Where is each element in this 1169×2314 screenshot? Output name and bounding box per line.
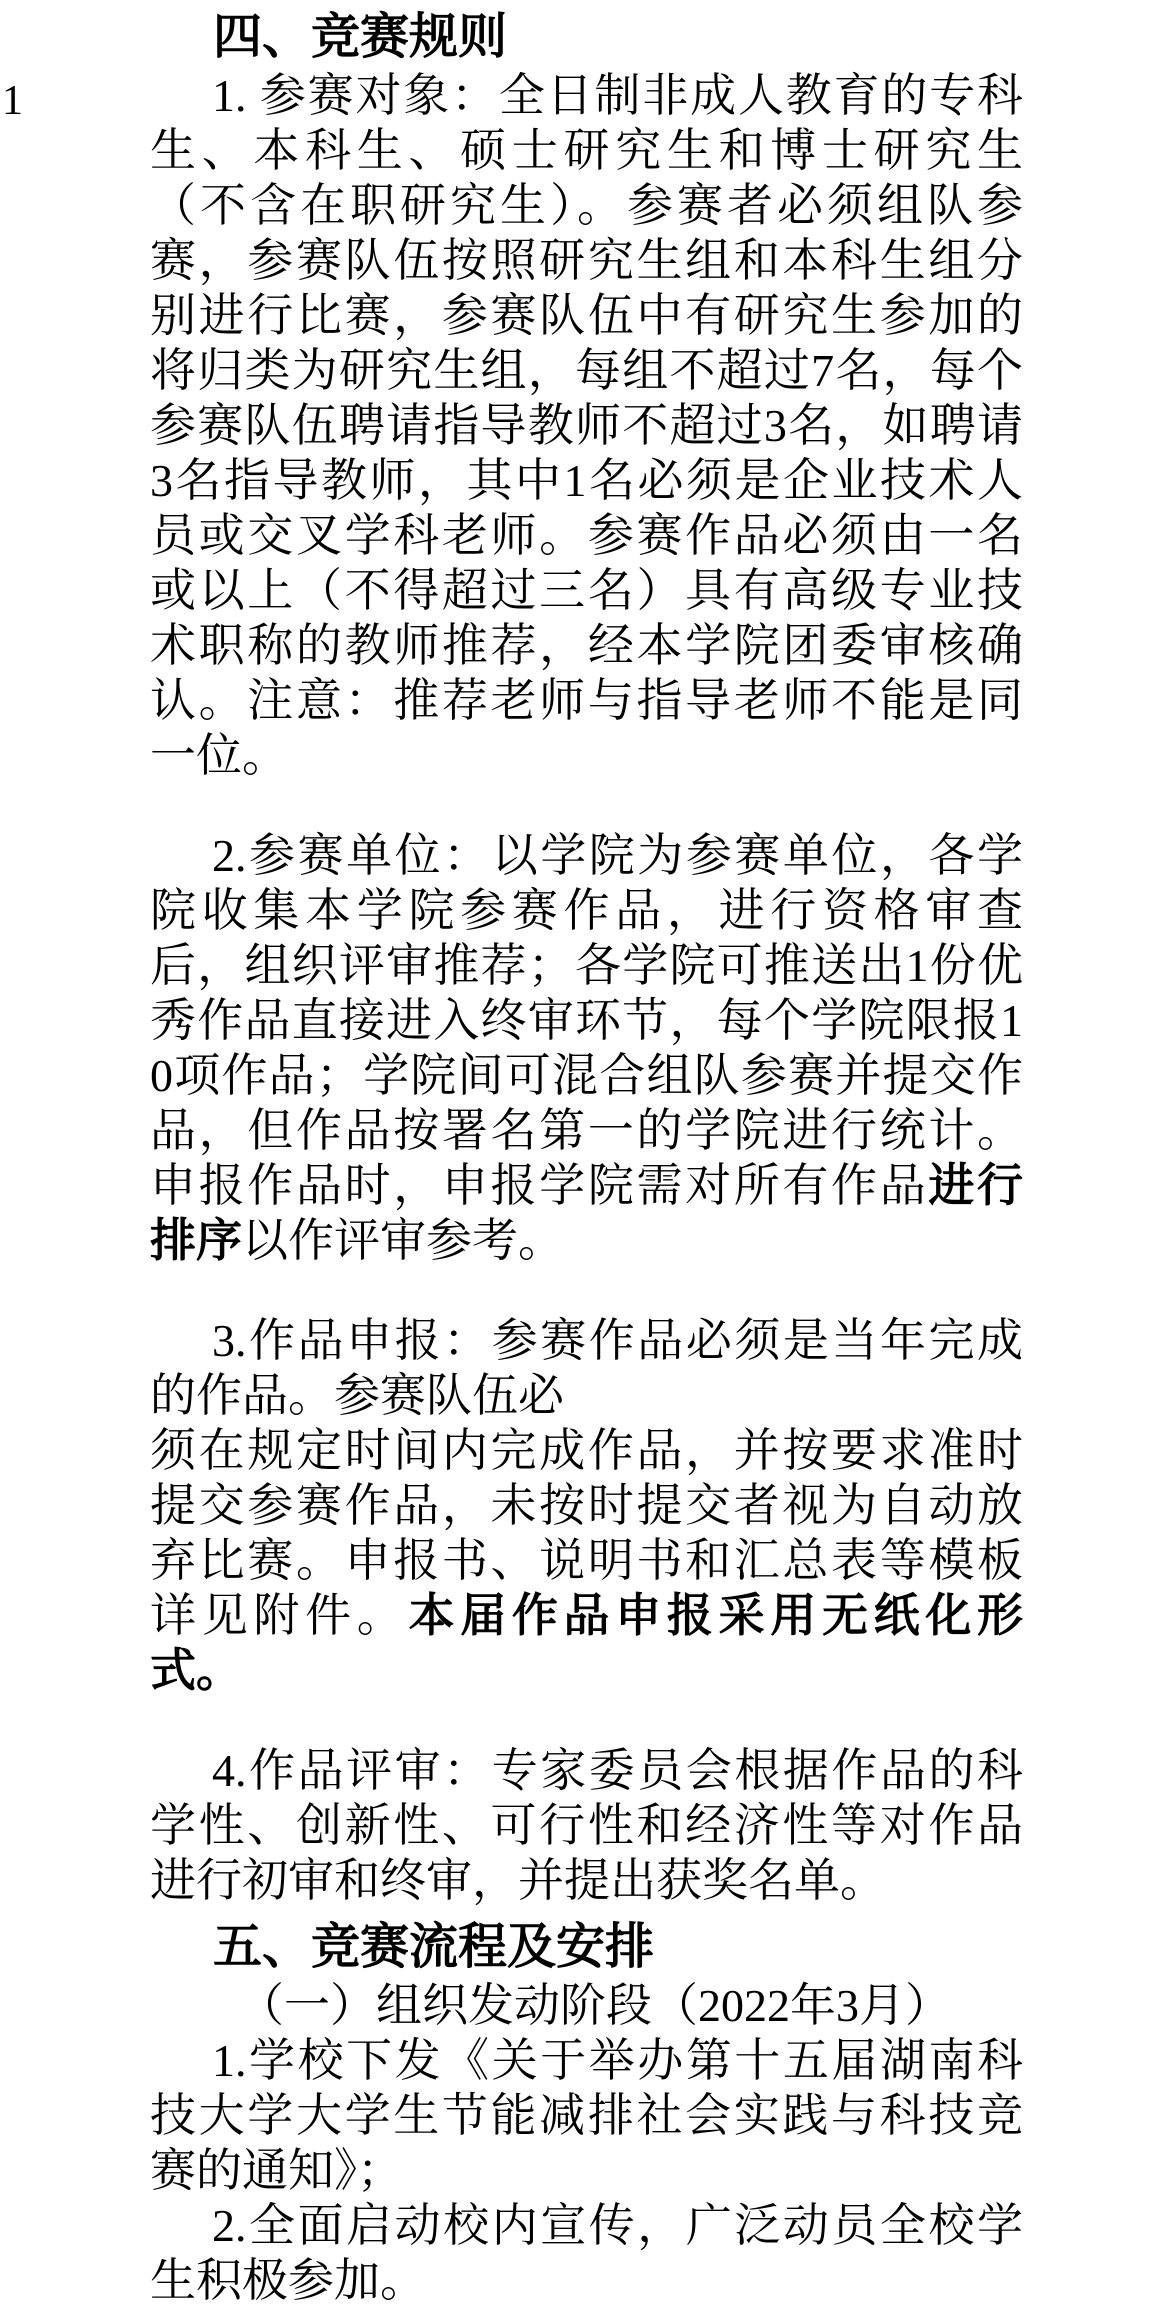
paragraph: 2.全面启动校内宣传，广泛动员全校学生积极参加。 <box>150 2198 1023 2308</box>
section-heading: 四、竞赛规则 <box>150 6 1023 68</box>
paragraph: 1. 参赛对象：全日制非成人教育的专科生、本科生、硕士研究生和博士研究生（不含在… <box>150 68 1023 783</box>
body-text: 1. 参赛对象：全日制非成人教育的专科生、本科生、硕士研究生和博士研究生（不含在… <box>150 70 1023 781</box>
body-text: 以作评审参考。 <box>242 1215 564 1266</box>
body-text: 3.作品申报：参赛作品必须是当年完成的作品。参赛队伍必 <box>150 1315 1023 1421</box>
paragraph: （一）组织发动阶段（2022年3月） <box>150 1978 1023 2033</box>
page-line-number: 1 <box>2 78 23 124</box>
paragraph: 2.参赛单位：以学院为参赛单位，各学院收集本学院参赛作品，进行资格审查后，组织评… <box>150 828 1023 1268</box>
section-heading: 五、竞赛流程及安排 <box>150 1916 1023 1978</box>
paragraph: 4.作品评审：专家委员会根据作品的科学性、创新性、可行性和经济性等对作品进行初审… <box>150 1743 1023 1908</box>
body-text: 2.参赛单位：以学院为参赛单位，各学院收集本学院参赛作品，进行资格审查后，组织评… <box>150 830 1023 1211</box>
document-page: 四、竞赛规则1. 参赛对象：全日制非成人教育的专科生、本科生、硕士研究生和博士研… <box>150 6 1023 2308</box>
body-text: 2.全面启动校内宣传，广泛动员全校学生积极参加。 <box>150 2200 1023 2306</box>
document-body: 四、竞赛规则1. 参赛对象：全日制非成人教育的专科生、本科生、硕士研究生和博士研… <box>150 6 1023 2308</box>
paragraph: 1.学校下发《关于举办第十五届湖南科技大学大学生节能减排社会实践与科技竞赛的通知… <box>150 2033 1023 2198</box>
paragraph: 3.作品申报：参赛作品必须是当年完成的作品。参赛队伍必须在规定时间内完成作品，并… <box>150 1313 1023 1698</box>
body-text: 1.学校下发《关于举办第十五届湖南科技大学大学生节能减排社会实践与科技竞赛的通知… <box>150 2035 1023 2196</box>
body-text: 4.作品评审：专家委员会根据作品的科学性、创新性、可行性和经济性等对作品进行初审… <box>150 1745 1023 1906</box>
body-text: （一）组织发动阶段（2022年3月） <box>238 1980 951 2031</box>
